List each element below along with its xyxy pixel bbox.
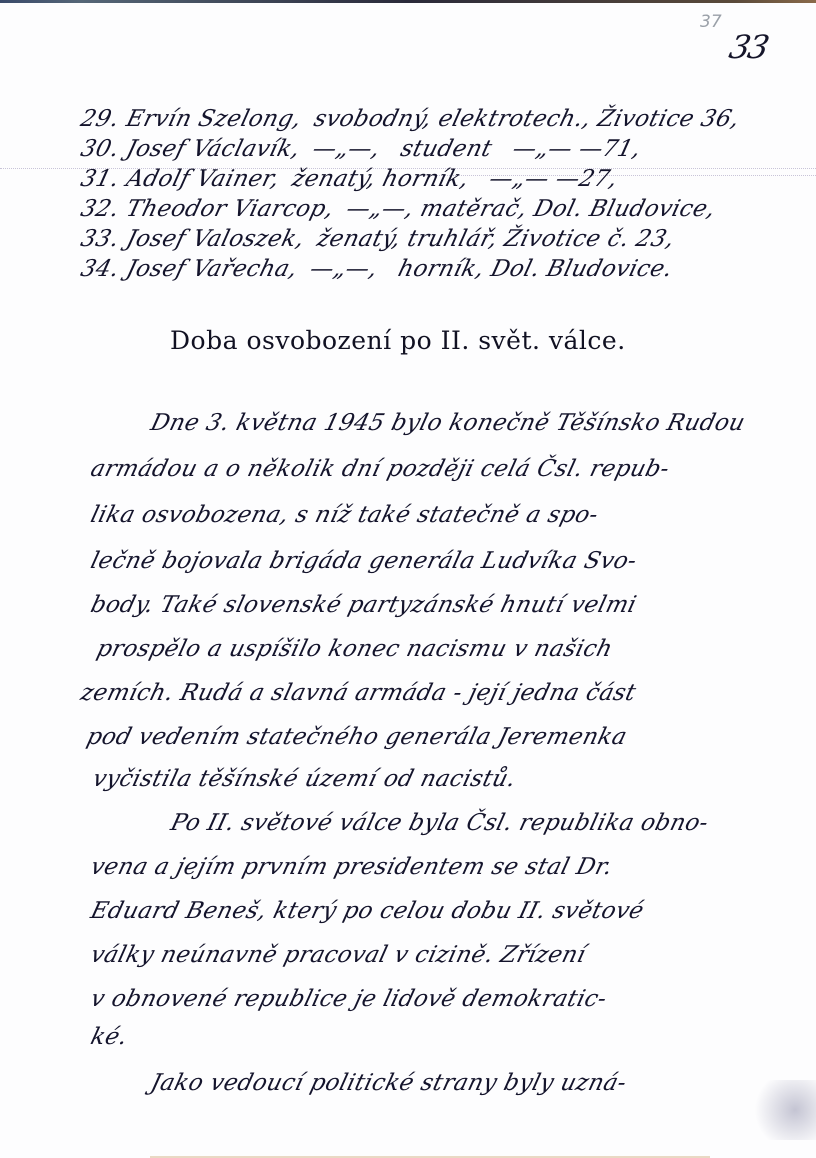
entry-occupation: horník, [380, 166, 472, 192]
entry-status: —„—, [307, 256, 380, 282]
text-line: body. Také slovenské partyzánské hnutí v… [88, 592, 639, 618]
text-line: pod vedením statečného generála Jeremenk… [84, 724, 630, 750]
page-number: 33 [726, 28, 771, 66]
entry-name: Josef Václavík, [124, 136, 303, 162]
document-page: 37 33 29. Ervín Szelong, svobodný, elekt… [0, 0, 816, 1158]
entry-name: Ervín Szelong, [124, 106, 304, 132]
entry-place: Dol. Bludovice, [531, 196, 718, 222]
list-entry: 30. Josef Václavík, —„—, student —„— —71… [78, 136, 644, 162]
entry-occupation: student [398, 136, 495, 162]
text-line: zemích. Rudá a slavná armáda - její jedn… [78, 680, 639, 706]
text-line: Dne 3. května 1945 bylo konečně Těšínsko… [148, 410, 748, 436]
pencil-folio-number: 37 [700, 12, 722, 32]
text-line: v obnovené republice je lidově demokrati… [88, 986, 609, 1012]
entry-status: ženatý, [289, 166, 378, 192]
entry-number: 32. [78, 196, 122, 222]
entry-status: ženatý, [314, 226, 403, 252]
entry-place: —„— —27, [487, 166, 621, 192]
entry-name: Adolf Vainer, [124, 166, 283, 192]
text-line: vena a jejím prvním presidentem se stal … [88, 854, 615, 880]
entry-occupation: truhlář, [405, 226, 501, 252]
entry-occupation: elektrotech., [436, 106, 594, 132]
entry-place: Dol. Bludovice. [488, 256, 675, 282]
scan-stain [746, 1080, 816, 1140]
entry-name: Josef Valoszek, [124, 226, 307, 252]
entry-number: 29. [78, 106, 122, 132]
text-line: armádou a o několik dní později celá Čsl… [88, 456, 672, 482]
entry-place: Životice 36, [595, 106, 742, 132]
text-line: války neúnavně pracoval v cizině. Zřízen… [88, 942, 588, 968]
text-line: Jako vedoucí politické strany byly uzná- [148, 1070, 629, 1096]
entry-status: svobodný, [311, 106, 434, 132]
entry-number: 30. [78, 136, 122, 162]
entry-status: —„—, [344, 196, 417, 222]
entry-occupation: horník, [395, 256, 487, 282]
text-line: lika osvobozena, s níž také statečně a s… [88, 502, 601, 528]
entry-number: 31. [78, 166, 122, 192]
text-line: lečně bojovala brigáda generála Ludvíka … [88, 548, 639, 574]
entry-status: —„—, [310, 136, 383, 162]
entry-name: Josef Vařecha, [124, 256, 301, 282]
entry-occupation: matěrač, [418, 196, 530, 222]
text-line: vyčistila těšínské území od nacistů. [90, 766, 519, 792]
entry-place: —„— —71, [510, 136, 644, 162]
list-entry: 31. Adolf Vainer, ženatý, horník, —„— —2… [78, 166, 620, 192]
text-line: Po II. světové válce byla Čsl. republika… [168, 810, 711, 836]
list-entry: 34. Josef Vařecha, —„—, horník, Dol. Blu… [78, 256, 675, 282]
text-line: prospělo a uspíšilo konec nacismu v naši… [94, 636, 615, 662]
entry-name: Theodor Viarcop, [124, 196, 337, 222]
list-entry: 32. Theodor Viarcop, —„—, matěrač, Dol. … [78, 196, 718, 222]
scan-top-edge [0, 0, 816, 3]
entry-number: 34. [78, 256, 122, 282]
entry-place: Životice č. 23, [501, 226, 677, 252]
text-line: ké. [88, 1024, 130, 1050]
section-title: Doba osvobození po II. svět. válce. [170, 326, 626, 355]
list-entry: 33. Josef Valoszek, ženatý, truhlář, Živ… [78, 226, 677, 252]
list-entry: 29. Ervín Szelong, svobodný, elektrotech… [78, 106, 742, 132]
entry-number: 33. [78, 226, 122, 252]
text-line: Eduard Beneš, který po celou dobu II. sv… [88, 898, 647, 924]
